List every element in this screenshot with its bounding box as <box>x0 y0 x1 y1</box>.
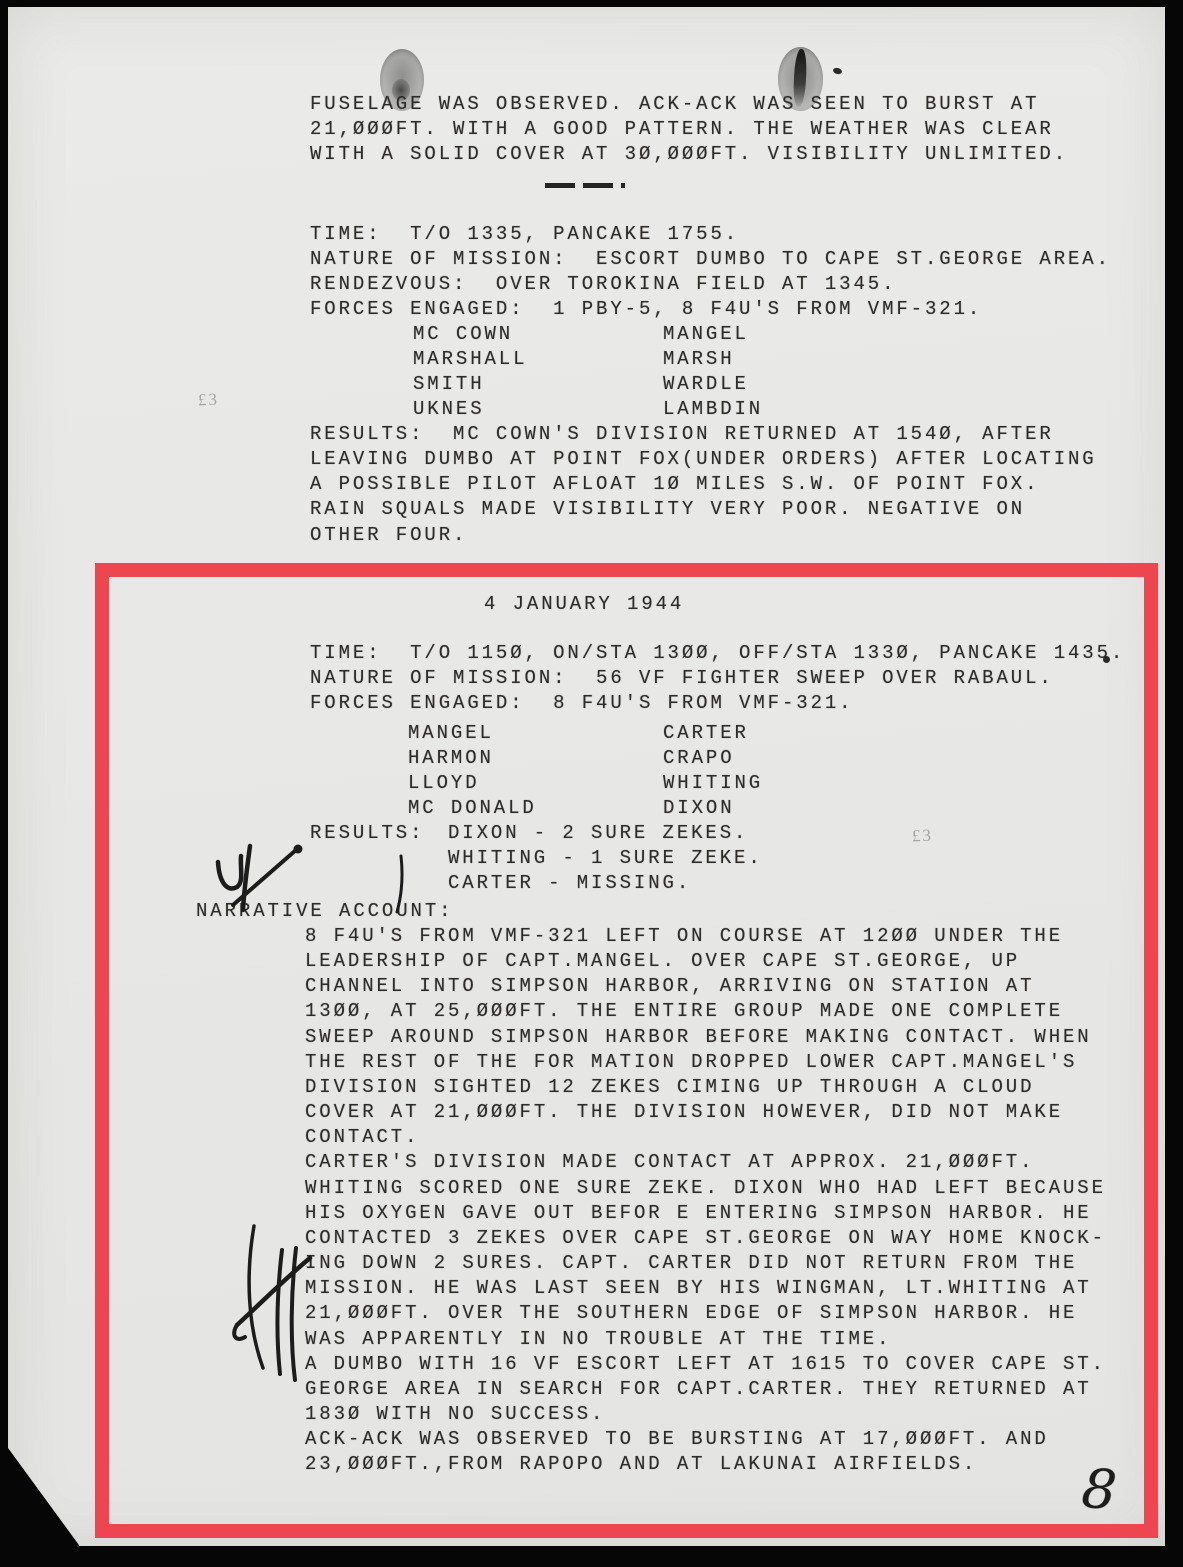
mission-3jan-results: RESULTS: MC COWN'S DIVISION RETURNED AT … <box>310 422 1097 548</box>
section-separator <box>545 183 625 188</box>
top-paragraph: FUSELAGE WAS OBSERVED. ACK-ACK WAS SEEN … <box>310 92 1068 167</box>
mission-3jan-details: TIME: T/O 1335, PANCAKE 1755. NATURE OF … <box>310 222 1111 323</box>
faint-stamp-mark: £3 <box>198 390 220 411</box>
mission-3jan-pilots-left: MC COWN MARSHALL SMITH UKNES <box>413 322 527 423</box>
highlight-rectangle <box>95 563 1158 1538</box>
mission-3jan-pilots-right: MANGEL MARSH WARDLE LAMBDIN <box>663 322 763 423</box>
scanned-document: { "document": { "top_paragraph": [ "FUSE… <box>0 0 1183 1567</box>
handwritten-page-number: 8 <box>1079 1457 1119 1523</box>
